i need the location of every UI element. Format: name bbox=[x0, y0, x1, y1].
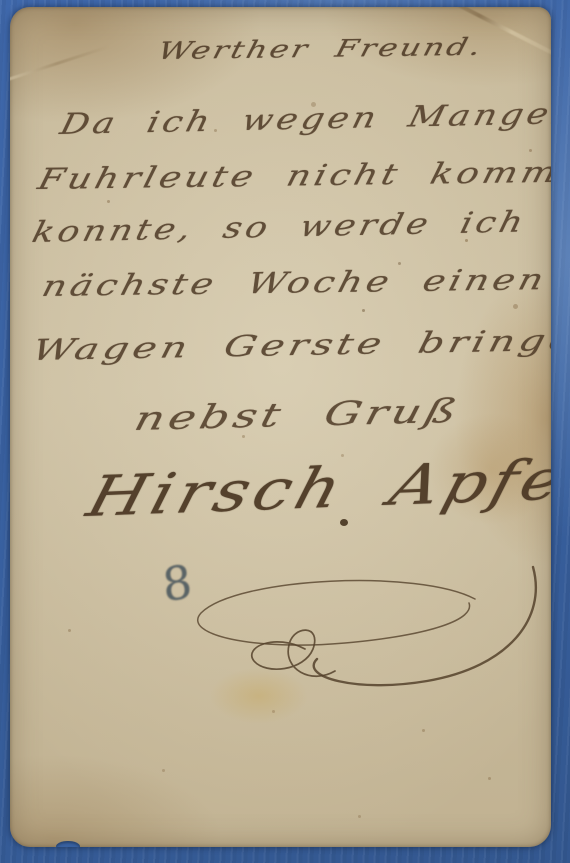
scanned-postcard-photo: Werther Freund. Da ich wegen Mangel an F… bbox=[0, 0, 570, 863]
signature: Hirsch Apfel. bbox=[80, 446, 551, 530]
corner-crease-top-left bbox=[10, 45, 110, 82]
postcard-back: Werther Freund. Da ich wegen Mangel an F… bbox=[10, 7, 551, 847]
handwriting-line-4: nächste Woche einen bbox=[39, 262, 551, 303]
handwriting-line-3: konnte, so werde ich die bbox=[29, 202, 551, 249]
handwriting-line-1: Da ich wegen Mangel an bbox=[57, 94, 551, 141]
closing-line: nebst Gruß bbox=[131, 391, 465, 438]
salutation-line: Werther Freund. bbox=[155, 33, 486, 65]
signature-flourish bbox=[175, 563, 545, 703]
foxing-spots bbox=[10, 7, 13, 10]
ink-dot bbox=[340, 519, 348, 526]
edge-nick bbox=[56, 841, 80, 847]
handwriting-line-2: Fuhrleute nicht kommen bbox=[35, 154, 551, 196]
handwriting-line-5: Wagen Gerste bringen bbox=[29, 322, 551, 367]
